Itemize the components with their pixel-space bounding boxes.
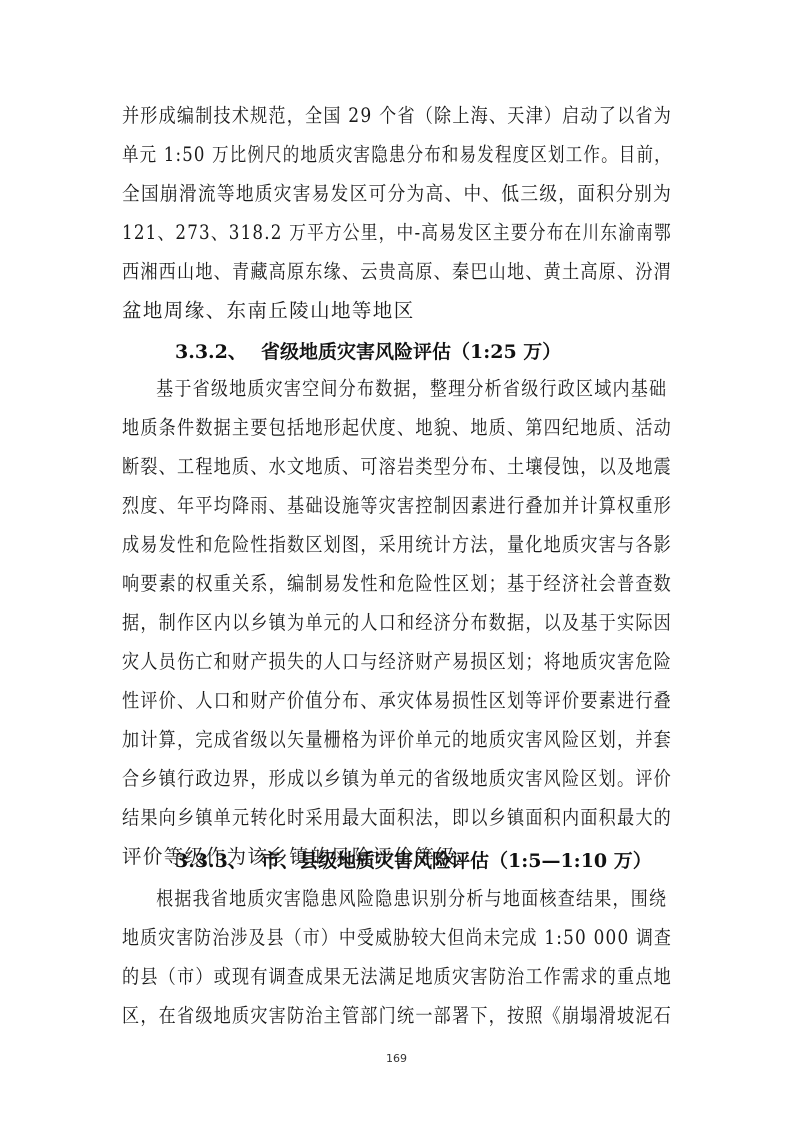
- text-line: 的县（市）或现有调查成果无法满足地质灾害防治工作需求的重点地: [122, 957, 604, 996]
- text-line: 单元 1:50 万比例尺的地质灾害隐患分布和易发程度区划工作。目前，: [122, 135, 587, 174]
- text-line: 灾人员伤亡和财产损失的人口与经济财产易损区划；将地质灾害危险: [122, 642, 604, 681]
- paragraph-section-3-3-2: 基于省级地质灾害空间分布数据，整理分析省级行政区域内基础 地质条件数据主要包括地…: [122, 369, 672, 876]
- page-number: 169: [0, 1052, 793, 1065]
- text-line: 合乡镇行政边界，形成以乡镇为单元的省级地质灾害风险区划。评价: [122, 759, 604, 798]
- paragraph-continued: 并形成编制技术规范，全国 29 个省（除上海、天津）启动了以省为 单元 1:50…: [122, 96, 672, 330]
- text-line: 全国崩滑流等地质灾害易发区可分为高、中、低三级，面积分别为: [122, 174, 621, 213]
- text-line: 基于省级地质灾害空间分布数据，整理分析省级行政区域内基础: [122, 369, 602, 408]
- text-line: 加计算，完成省级以矢量栅格为评价单元的地质灾害风险区划，并套: [122, 720, 604, 759]
- section-title: 省级地质灾害风险评估（1:25 万）: [261, 341, 561, 363]
- section-heading-3-3-3: 3.3.3、市、县级地质灾害风险评估（1:5—1:10 万）: [175, 842, 652, 881]
- text-line: 据，制作区内以乡镇为单元的人口和经济分布数据，以及基于实际因: [122, 603, 604, 642]
- text-line: 成易发性和危险性指数区划图，采用统计方法，量化地质灾害与各影: [122, 525, 604, 564]
- text-line: 121、273、318.2 万平方公里，中-高易发区主要分布在川东渝南鄂: [122, 213, 593, 252]
- text-line: 盆地周缘、东南丘陵山地等地区: [122, 291, 672, 330]
- document-page: 并形成编制技术规范，全国 29 个省（除上海、天津）启动了以省为 单元 1:50…: [0, 0, 793, 1122]
- text-line: 区，在省级地质灾害防治主管部门统一部署下，按照《崩塌滑坡泥石: [122, 996, 604, 1035]
- section-heading-3-3-2: 3.3.2、省级地质灾害风险评估（1:25 万）: [175, 333, 561, 372]
- text-line: 根据我省地质灾害隐患风险隐患识别分析与地面核查结果，围绕: [122, 879, 602, 918]
- text-line: 地质灾害防治涉及县（市）中受威胁较大但尚未完成 1:50 000 调查: [122, 918, 598, 957]
- text-line: 性评价、人口和财产价值分布、承灾体易损性区划等评价要素进行叠: [122, 681, 604, 720]
- text-line: 响要素的权重关系，编制易发性和危险性区划；基于经济社会普查数: [122, 564, 604, 603]
- text-line: 断裂、工程地质、水文地质、可溶岩类型分布、土壤侵蚀，以及地震: [122, 447, 604, 486]
- section-number: 3.3.3、: [175, 842, 261, 881]
- text-line: 西湘西山地、青藏高原东缘、云贵高原、秦巴山地、黄土高原、汾渭: [122, 252, 604, 291]
- section-number: 3.3.2、: [175, 333, 261, 372]
- text-line: 并形成编制技术规范，全国 29 个省（除上海、天津）启动了以省为: [122, 96, 604, 135]
- section-title: 市、县级地质灾害风险评估（1:5—1:10 万）: [261, 850, 652, 872]
- text-line: 结果向乡镇单元转化时采用最大面积法，即以乡镇面积内面积最大的: [122, 798, 604, 837]
- text-line: 烈度、年平均降雨、基础设施等灾害控制因素进行叠加并计算权重形: [122, 486, 604, 525]
- paragraph-section-3-3-3: 根据我省地质灾害隐患风险隐患识别分析与地面核查结果，围绕 地质灾害防治涉及县（市…: [122, 879, 672, 1035]
- text-line: 地质条件数据主要包括地形起伏度、地貌、地质、第四纪地质、活动: [122, 408, 604, 447]
